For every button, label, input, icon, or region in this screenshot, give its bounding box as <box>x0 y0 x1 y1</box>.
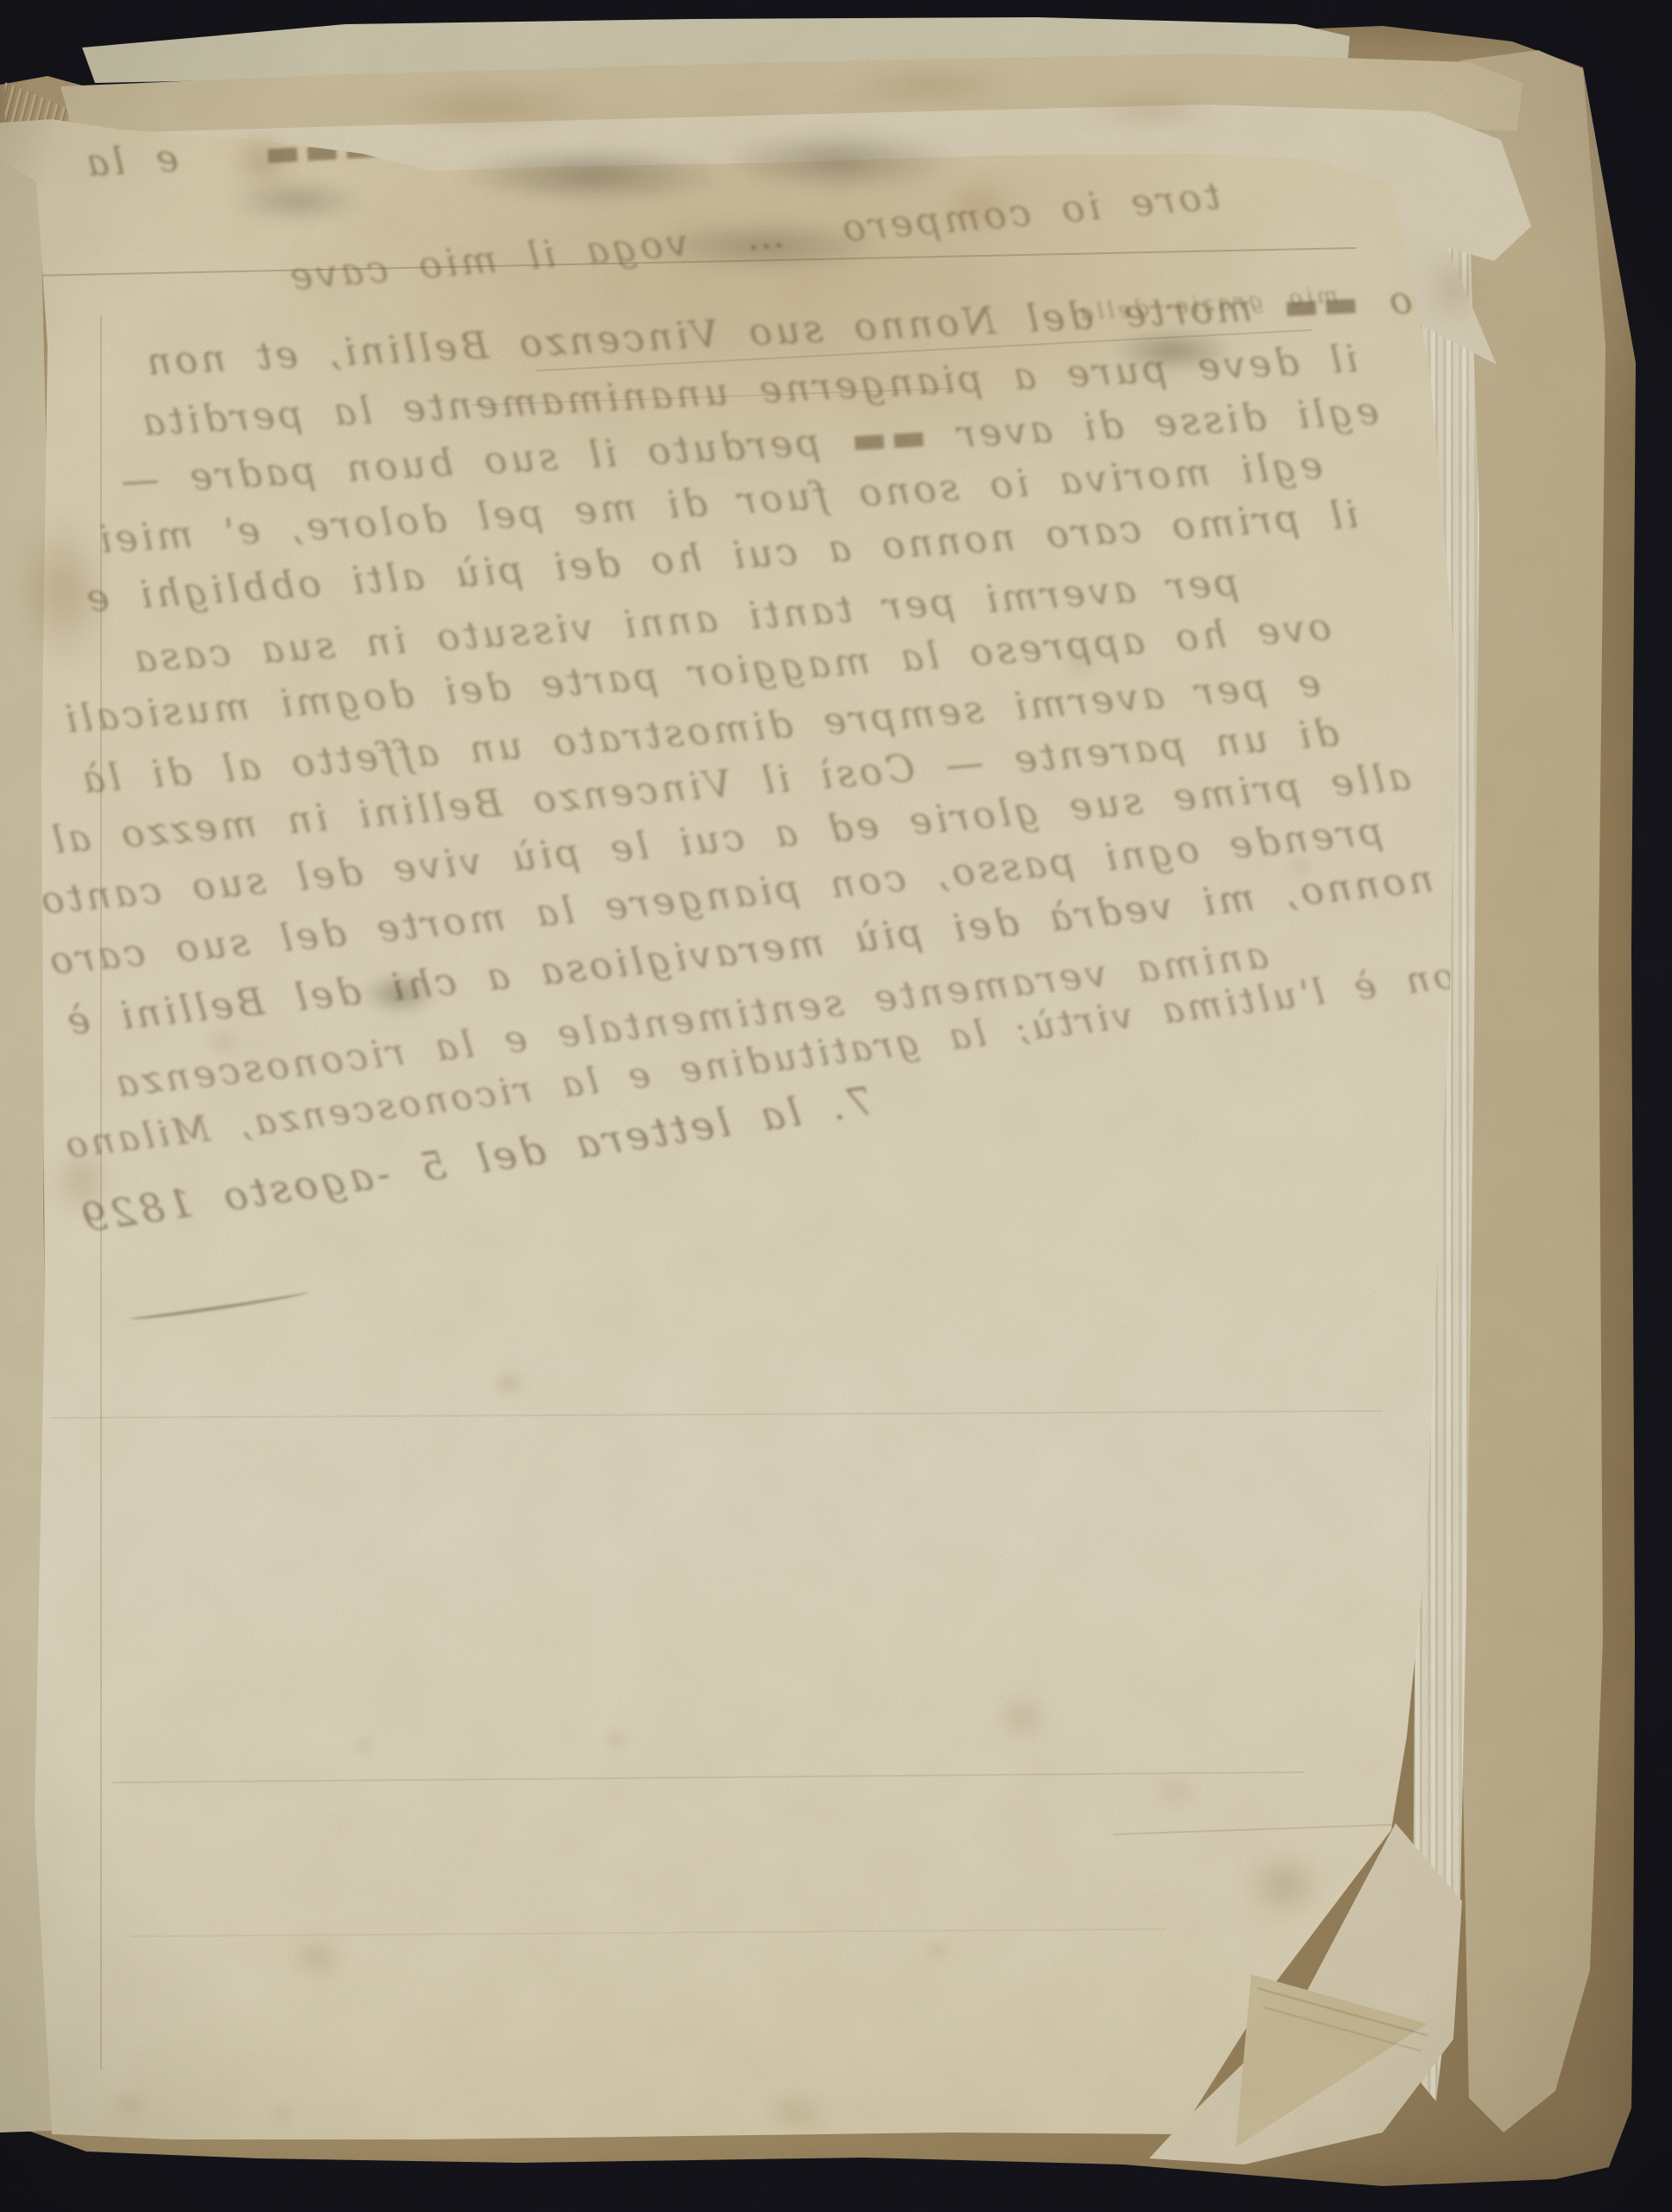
manuscript-scan: opelanon deve più dirle ,, Bellini quant… <box>0 0 1672 2212</box>
crease-line <box>1113 1823 1398 1835</box>
crease-line <box>112 1771 1305 1783</box>
crease-line <box>130 1929 1167 1937</box>
crease-line <box>52 1410 1383 1419</box>
underline-flourish <box>129 1288 309 1322</box>
